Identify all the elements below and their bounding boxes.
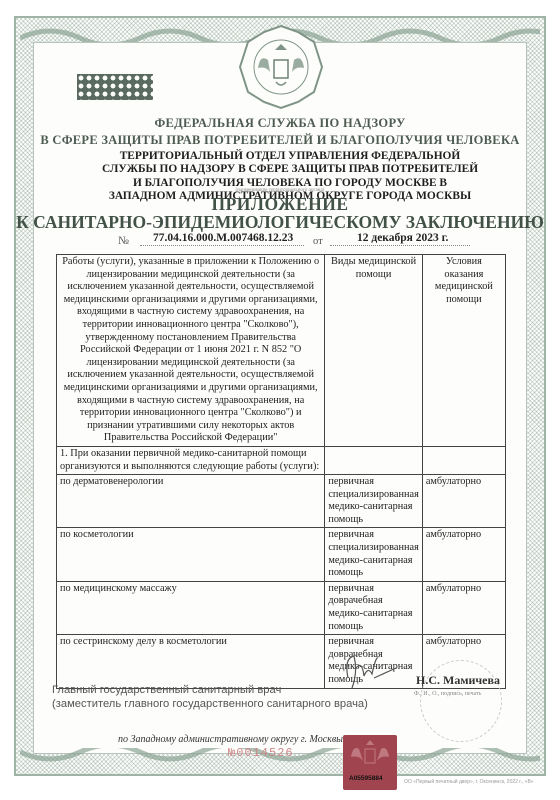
date-label: от: [313, 236, 323, 247]
care-type-cell: первичная специализированная медико-сани…: [325, 475, 422, 528]
signatory-name: Н.С. Мамичева: [416, 673, 500, 688]
condition-cell: амбулаторно: [422, 581, 505, 634]
document-number-row: № 77.04.16.000.М.007468.12.23 от 12 дека…: [0, 232, 560, 250]
header-conditions: Условия оказания медицинской помощи: [422, 255, 505, 447]
coat-of-arms-icon: [238, 24, 324, 110]
number-underline: [140, 245, 304, 246]
work-cell: по дерматовенерологии: [57, 475, 325, 528]
table-row: по косметологии первичная специализирова…: [57, 528, 506, 581]
security-pattern: [77, 74, 153, 100]
hologram-sticker: A05595884: [343, 735, 397, 790]
form-number: №0014526: [228, 746, 294, 760]
eagle-icon: [343, 735, 397, 775]
header-care-type: Виды медицинской помощи: [325, 255, 422, 447]
condition-cell: амбулаторно: [422, 528, 505, 581]
header-works: Работы (услуги), указанные в приложении …: [57, 255, 325, 447]
work-cell: по медицинскому массажу: [57, 581, 325, 634]
services-table: Работы (услуги), указанные в приложении …: [56, 254, 506, 689]
agency-name-line2: В СФЕРЕ ЗАЩИТЫ ПРАВ ПОТРЕБИТЕЛЕЙ И БЛАГО…: [0, 133, 560, 148]
table-section-row: 1. При оказании первичной медико-санитар…: [57, 446, 506, 474]
work-cell: по сестринскому делу в косметологии: [57, 635, 325, 688]
work-cell: по косметологии: [57, 528, 325, 581]
department-caption: (наименование территориального органа): [0, 188, 560, 193]
condition-cell: амбулаторно: [422, 475, 505, 528]
signature-caption: Ф., И., О., подпись, печать: [414, 691, 481, 697]
signatory-position: Главный государственный санитарный врач …: [52, 683, 368, 711]
date-underline: [330, 245, 470, 246]
agency-name-line1: ФЕДЕРАЛЬНАЯ СЛУЖБА ПО НАДЗОРУ: [0, 116, 560, 131]
hologram-code: A05595884: [349, 775, 383, 782]
issuing-office: по Западному административному округу г.…: [118, 734, 343, 745]
table-header-row: Работы (услуги), указанные в приложении …: [57, 255, 506, 447]
document-subtitle: К САНИТАРНО-ЭПИДЕМИОЛОГИЧЕСКОМУ ЗАКЛЮЧЕН…: [0, 212, 560, 233]
document-number: 77.04.16.000.М.007468.12.23: [153, 232, 293, 244]
printer-imprint: ОО «Первый печатный двор», г. Оксенинск,…: [404, 779, 534, 785]
number-label: №: [118, 235, 129, 247]
section-title: 1. При оказании первичной медико-санитар…: [57, 446, 325, 474]
care-type-cell: первичная специализированная медико-сани…: [325, 528, 422, 581]
position-line1: Главный государственный санитарный врач: [52, 683, 368, 697]
table-row: по дерматовенерологии первичная специали…: [57, 475, 506, 528]
position-line2: (заместитель главного государственного с…: [52, 697, 368, 711]
care-type-cell: первичная доврачебная медико-санитарная …: [325, 581, 422, 634]
document-date: 12 декабря 2023 г.: [357, 232, 448, 244]
table-row: по медицинскому массажу первичная доврач…: [57, 581, 506, 634]
